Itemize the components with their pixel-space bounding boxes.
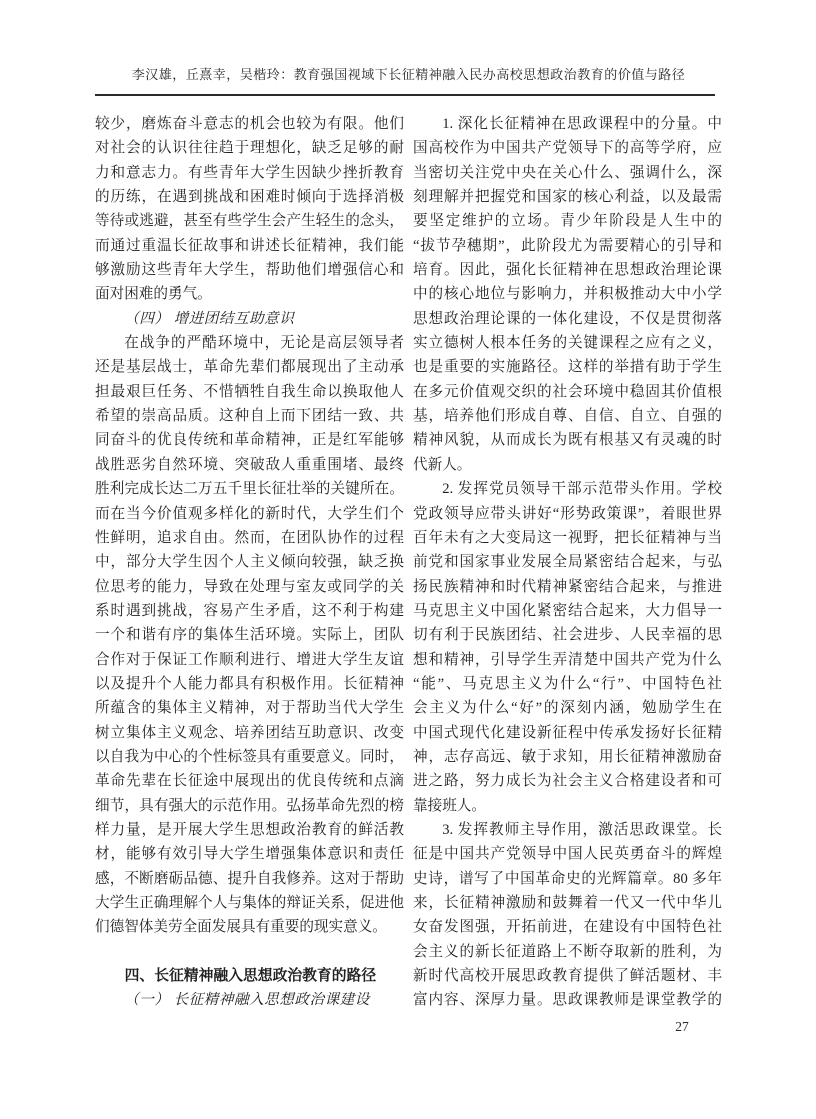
text-line: 位思考的能力，导致在处理与室友或同学的关 [95, 575, 404, 599]
text-line: 希望的崇高品质。这种自上而下团结一致、共 [95, 404, 404, 428]
text-line: 力和意志力。有些青年大学生因缺少挫折教育 [95, 161, 404, 185]
text-line: 担最艰巨任务、不惜牺牲自我生命以换取他人 [95, 380, 404, 404]
text-line: 百年未有之大变局这一视野，把长征精神与当 [413, 526, 722, 550]
text-line: 想和精神，引导学生弄清楚中国共产党为什么 [413, 648, 722, 672]
text-line: 中国式现代化建设新征程中传承发扬好长征精 [413, 721, 722, 745]
right-column: 1. 深化长征精神在思政课程中的分量。中国高校作为中国共产党领导下的高等学府，应… [413, 112, 722, 1013]
text-line: 党政领导应带头讲好“形势政策课”，着眼世界 [413, 502, 722, 526]
text-line: 史诗，谱写了中国革命史的光辉篇章。80 多年 [413, 867, 722, 891]
text-line: 以自我为中心的个性标签具有重要意义。同时， [95, 745, 404, 769]
text-line: 扬民族精神和时代精神紧密结合起来，与推进 [413, 575, 722, 599]
text-line: 要坚定维护的立场。青少年阶段是人生中的 [413, 209, 722, 233]
text-line: “能”、马克思主义为什么“行”、中国特色社 [413, 672, 722, 696]
text-line: 新时代高校开展思政教育提供了鲜活题材、丰 [413, 964, 722, 988]
text-line: 样力量，是开展大学生思想政治教育的鲜活教 [95, 818, 404, 842]
text-line: 富内容、深厚力量。思政课教师是课堂教学的 [413, 988, 722, 1012]
text-line: 代新人。 [413, 453, 722, 477]
text-columns: 较少，磨炼奋斗意志的机会也较为有限。他们对社会的认识往往趋于理想化，缺乏足够的耐… [95, 112, 722, 1013]
text-line: 而通过重温长征故事和讲述长征精神，我们能 [95, 234, 404, 258]
text-line: 中，部分大学生因个人主义倾向较强，缺乏换 [95, 550, 404, 574]
text-line: 精神风貌，从而成长为既有根基又有灵魂的时 [413, 428, 722, 452]
text-line: 对社会的认识往往趋于理想化，缺乏足够的耐 [95, 136, 404, 160]
text-line: 会主义的新长征道路上不断夺取新的胜利，为 [413, 940, 722, 964]
header-rule [95, 94, 715, 96]
text-line: “拔节孕穗期”，此阶段尤为需要精心的引导和 [413, 234, 722, 258]
text-line: 胜利完成长达二万五千里长征壮举的关键所在。 [95, 477, 404, 501]
blank-line [95, 940, 404, 964]
text-line: 的历练，在遇到挑战和困难时倾向于选择消极 [95, 185, 404, 209]
text-line: 性鲜明，追求自由。然而，在团队协作的过程 [95, 526, 404, 550]
text-line: 靠接班人。 [413, 794, 722, 818]
text-line: 还是基层战士，革命先辈们都展现出了主动承 [95, 355, 404, 379]
text-line: 3. 发挥教师主导作用，激活思政课堂。长 [413, 818, 722, 842]
document-page: 李汉雄，丘熹幸，吴楷玲：教育强国视域下长征精神融入民办高校思想政治教育的价值与路… [0, 0, 816, 1119]
text-line: 一个和谐有序的集体生活环境。实际上，团队 [95, 623, 404, 647]
text-line: 1. 深化长征精神在思政课程中的分量。中 [413, 112, 722, 136]
text-line: 同奋斗的优良传统和革命精神，正是红军能够 [95, 428, 404, 452]
text-line: 2. 发挥党员领导干部示范带头作用。学校 [413, 477, 722, 501]
text-line: 感，不断磨砺品德、提升自我修养。这对于帮助 [95, 867, 404, 891]
text-line: 来，长征精神激励和鼓舞着一代又一代中华儿 [413, 891, 722, 915]
text-line: 革命先辈在长征途中展现出的优良传统和点滴 [95, 769, 404, 793]
text-line: 所蕴含的集体主义精神，对于帮助当代大学生 [95, 696, 404, 720]
text-line: 材，能够有效引导大学生增强集体意识和责任 [95, 842, 404, 866]
text-line: 较少，磨炼奋斗意志的机会也较为有限。他们 [95, 112, 404, 136]
text-line: 征是中国共产党领导中国人民英勇奋斗的辉煌 [413, 842, 722, 866]
text-line: 细节，具有强大的示范作用。弘扬革命先烈的榜 [95, 794, 404, 818]
text-line: 以及提升个人能力都具有积极作用。长征精神 [95, 672, 404, 696]
text-line: 国高校作为中国共产党领导下的高等学府，应 [413, 136, 722, 160]
text-line: 树立集体主义观念、培养团结互助意识、改变 [95, 721, 404, 745]
text-line: 也是重要的实施路径。这样的举措有助于学生 [413, 355, 722, 379]
text-line: 系时遇到挑战，容易产生矛盾，这不利于构建 [95, 599, 404, 623]
text-line: 面对困难的勇气。 [95, 282, 404, 306]
subsection-heading-4: （四） 增进团结互助意识 [95, 307, 404, 331]
text-line: 基，培养他们形成自尊、自信、自立、自强的 [413, 404, 722, 428]
text-line: 们德智体美劳全面发展具有重要的现实意义。 [95, 915, 404, 939]
text-line: 实立德树人根本任务的关键课程之应有之义， [413, 331, 722, 355]
text-line: 在战争的严酷环境中，无论是高层领导者 [95, 331, 404, 355]
text-line: 战胜恶劣自然环境、突破敌人重重围堵、最终 [95, 453, 404, 477]
text-line: 培育。因此，强化长征精神在思想政治理论课 [413, 258, 722, 282]
text-line: 进之路，努力成长为社会主义合格建设者和可 [413, 769, 722, 793]
page-number: 27 [660, 1019, 704, 1035]
text-line: 神，志存高远、敏于求知，用长征精神激励奋 [413, 745, 722, 769]
section-heading-4: 四、长征精神融入思想政治教育的路径 [95, 964, 404, 988]
text-line: 会主义为什么“好”的深刻内涵，勉励学生在 [413, 696, 722, 720]
left-column: 较少，磨炼奋斗意志的机会也较为有限。他们对社会的认识往往趋于理想化，缺乏足够的耐… [95, 112, 404, 1013]
text-line: 合作对于保证工作顺利进行、增进大学生友谊 [95, 648, 404, 672]
text-line: 马克思主义中国化紧密结合起来，大力倡导一 [413, 599, 722, 623]
text-line: 大学生正确理解个人与集体的辩证关系，促进他 [95, 891, 404, 915]
text-line: 而在当今价值观多样化的新时代，大学生们个 [95, 502, 404, 526]
text-line: 等待或逃避，甚至有些学生会产生轻生的念头， [95, 209, 404, 233]
text-line: 切有利于民族团结、社会进步、人民幸福的思 [413, 623, 722, 647]
text-line: 在多元价值观交织的社会环境中稳固其价值根 [413, 380, 722, 404]
text-line: 当密切关注党中央在关心什么、强调什么，深 [413, 161, 722, 185]
text-line: 中的核心地位与影响力，并积极推动大中小学 [413, 282, 722, 306]
text-line: 刻理解并把握党和国家的核心利益，以及最需 [413, 185, 722, 209]
running-header: 李汉雄，丘熹幸，吴楷玲：教育强国视域下长征精神融入民办高校思想政治教育的价值与路… [95, 66, 722, 84]
text-line: 前党和国家事业发展全局紧密结合起来，与弘 [413, 550, 722, 574]
subsection-heading-1: （一） 长征精神融入思想政治课建设 [95, 988, 404, 1012]
text-line: 女奋发图强，开拓前进，在建设有中国特色社 [413, 915, 722, 939]
text-line: 思想政治理论课的一体化建设，不仅是贯彻落 [413, 307, 722, 331]
text-line: 够激励这些青年大学生，帮助他们增强信心和 [95, 258, 404, 282]
